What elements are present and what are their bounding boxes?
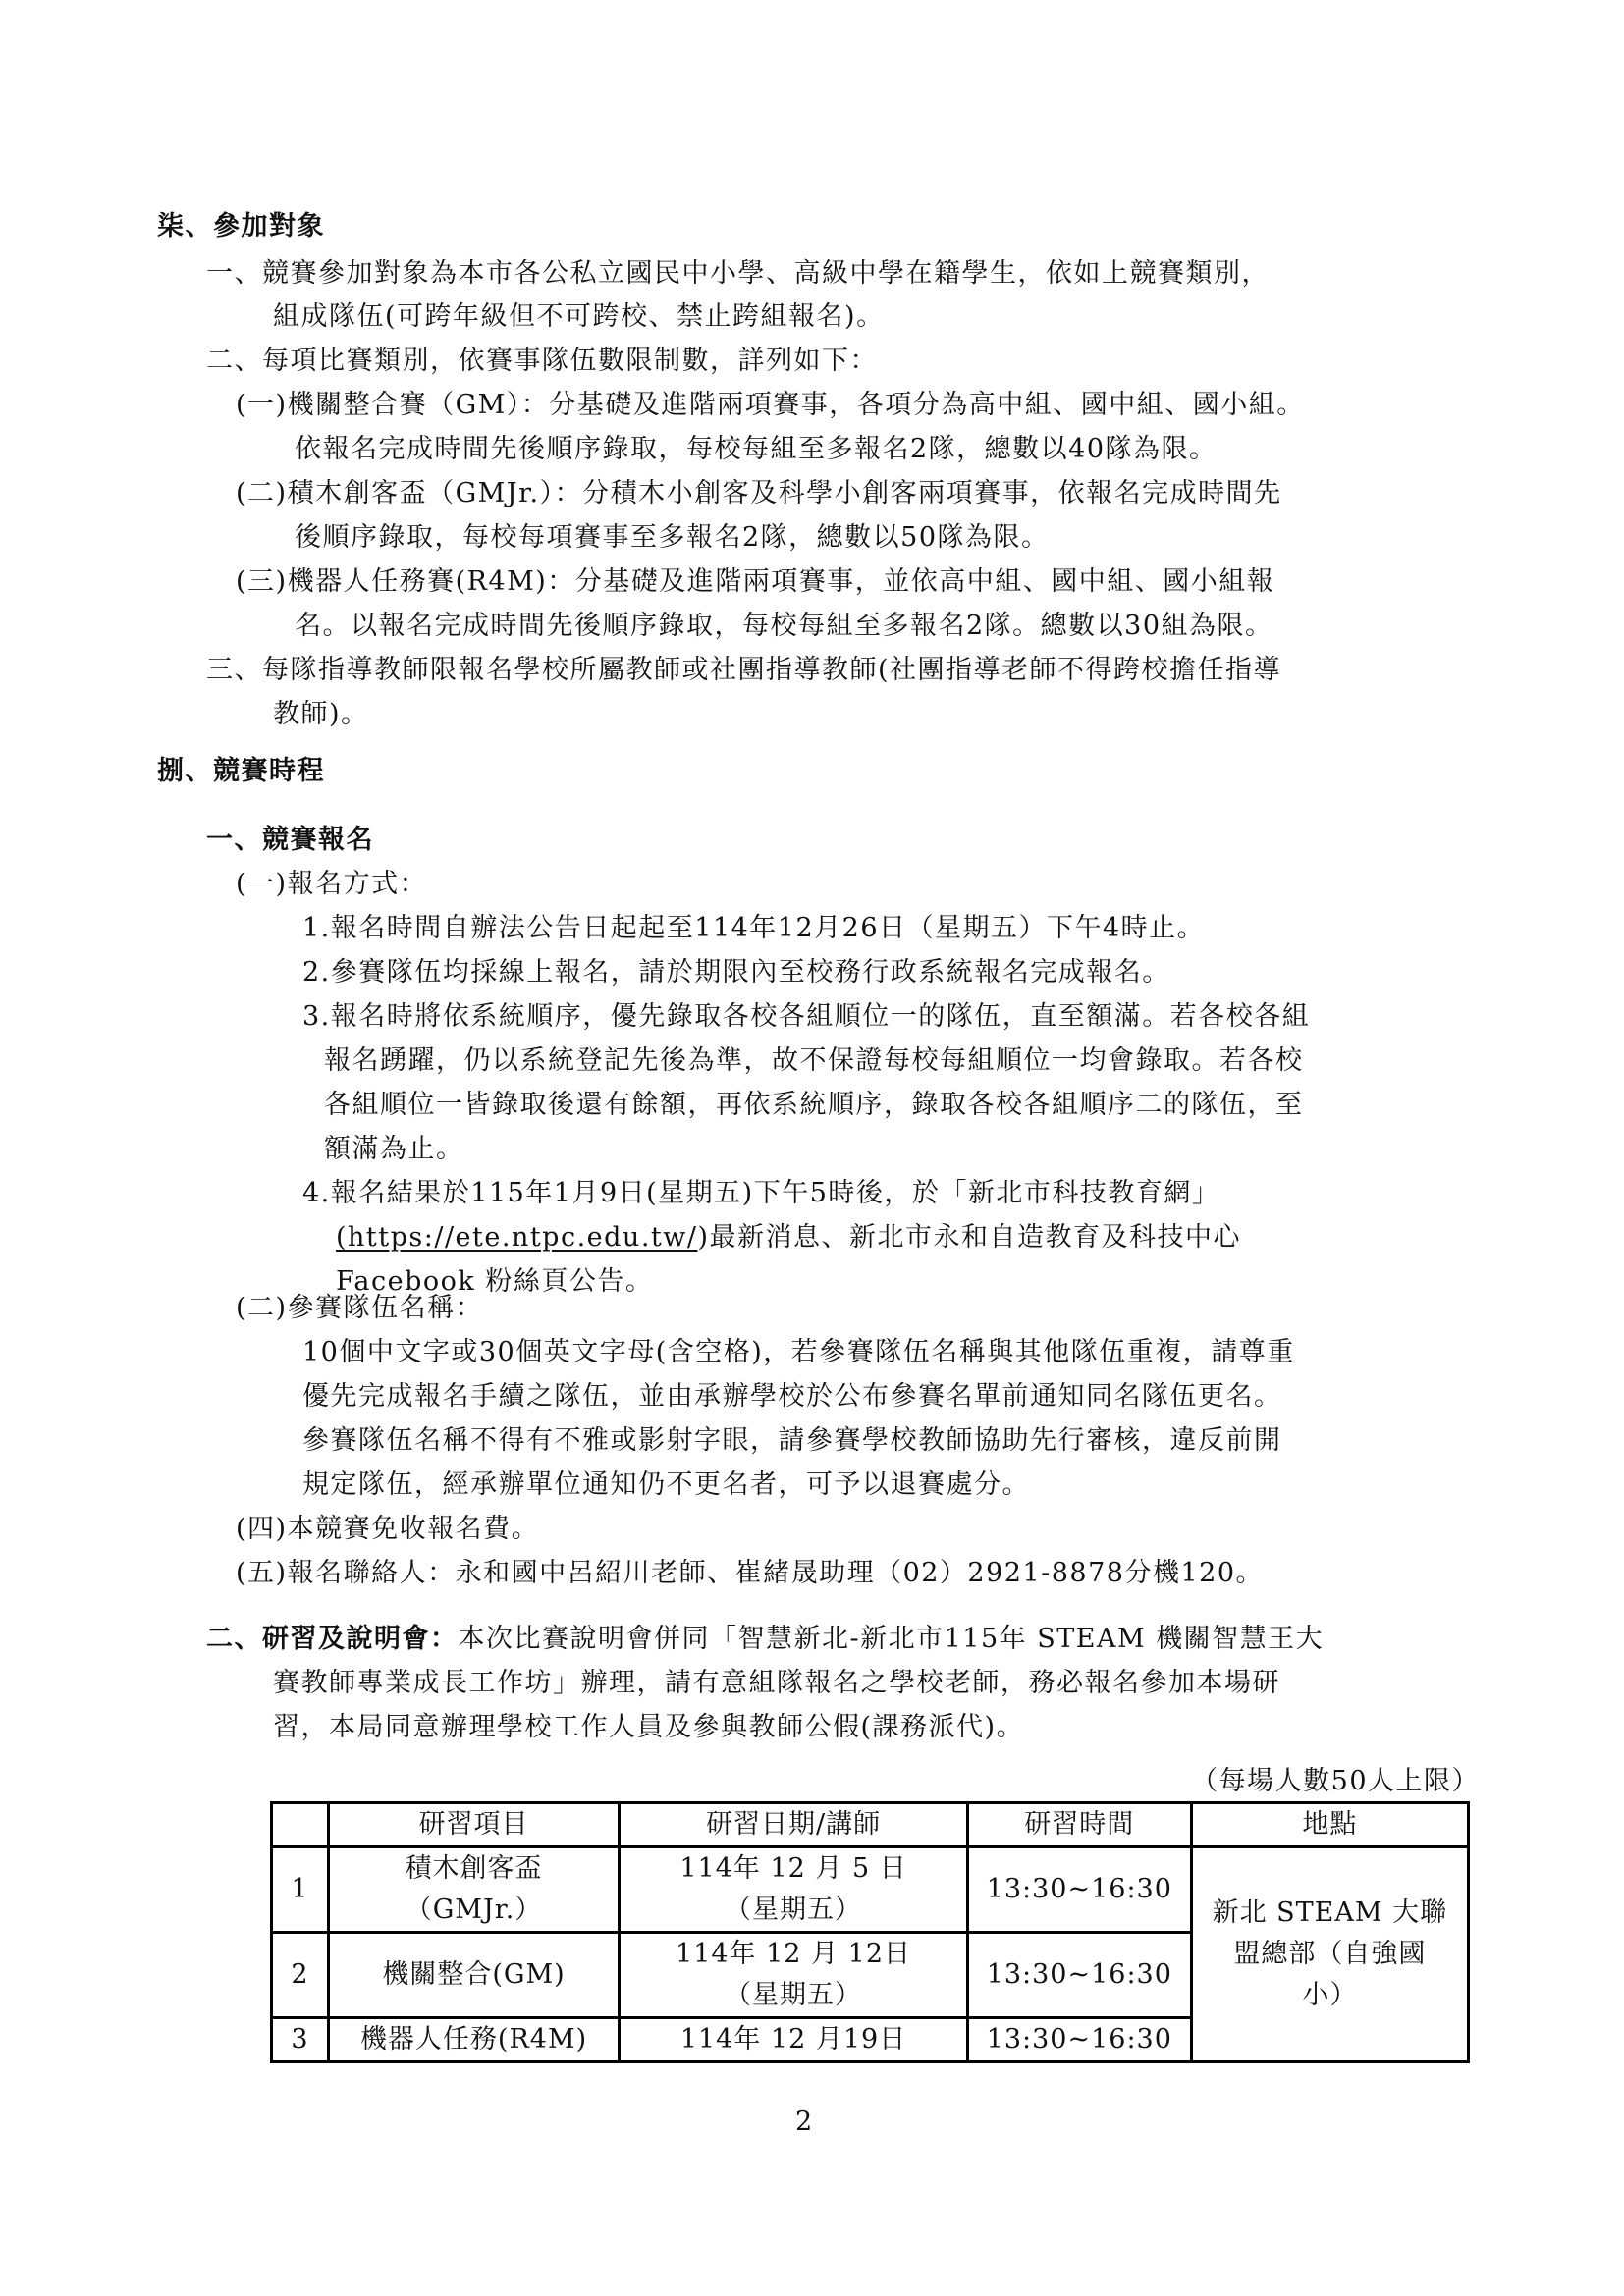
cell-item: 積木創客盃（GMJr.） <box>328 1847 619 1933</box>
cell-line: 積木創客盃 <box>334 1848 614 1890</box>
link-trailing-text: )最新消息、新北市永和自造教育及科技中心 <box>697 1222 1241 1253</box>
paragraph-line: 10個中文字或30個英文字母(含空格)，若參賽隊伍名稱與其他隊伍重複，請尊重 <box>302 1330 1295 1374</box>
table-row: 1 積木創客盃（GMJr.） 114年 12 月 5 日（星期五） 13:30~… <box>272 1847 1469 1933</box>
workshop-schedule-table: 研習項目 研習日期/講師 研習時間 地點 1 積木創客盃（GMJr.） 114年… <box>270 1801 1470 2063</box>
cell-item: 機關整合(GM) <box>328 1933 619 2018</box>
cell-line: 新北 STEAM 大聯 <box>1197 1893 1463 1934</box>
cell-line: （星期五） <box>624 1890 962 1931</box>
paragraph-line: 後順序錄取，每校每項賽事至多報名2隊，總數以50隊為限。 <box>295 515 1050 560</box>
list-item: 1.報名時間自辦法公告日起起至114年12月26日（星期五）下午4時止。 <box>302 906 1205 950</box>
paragraph-line: 賽教師專業成長工作坊」辦理，請有意組隊報名之學校老師，務必報名參加本場研 <box>273 1661 1280 1705</box>
cell-no: 3 <box>272 2018 329 2062</box>
paragraph-line: (一)機關整合賽（GM）：分基礎及進階兩項賽事，各項分為高中組、國中組、國小組。 <box>236 383 1305 427</box>
paragraph-line: 參賽隊伍名稱不得有不雅或影射字眼，請參賽學校教師協助先行審核，違反前開 <box>302 1418 1282 1463</box>
cell-no: 1 <box>272 1847 329 1933</box>
paragraph-line: 教師)。 <box>273 692 369 736</box>
cell-item: 機器人任務(R4M) <box>328 2018 619 2062</box>
cell-time: 13:30~16:30 <box>967 1847 1191 1933</box>
paragraph-line: 二、研習及說明會：本次比賽說明會併同「智慧新北-新北市115年 STEAM 機關… <box>206 1617 1324 1661</box>
subsection-heading-registration: 一、競賽報名 <box>206 818 374 862</box>
header-date: 研習日期/講師 <box>620 1803 968 1847</box>
header-location: 地點 <box>1191 1803 1468 1847</box>
paragraph-line: (三)機器人任務賽(R4M)：分基礎及進階兩項賽事，並依高中組、國中組、國小組報 <box>236 560 1274 604</box>
table-header-row: 研習項目 研習日期/講師 研習時間 地點 <box>272 1803 1469 1847</box>
paragraph-line: 規定隊伍，經承辦單位通知仍不更名者，可予以退賽處分。 <box>302 1463 1030 1507</box>
cell-location: 新北 STEAM 大聯盟總部（自強國小） <box>1191 1847 1468 2062</box>
list-item: 3.報名時將依系統順序，優先錄取各校各組順位一的隊伍，直至額滿。若各校各組 <box>302 994 1310 1039</box>
cell-line: 114年 12 月 5 日 <box>624 1848 962 1890</box>
header-time: 研習時間 <box>967 1803 1191 1847</box>
paragraph-line: (一)報名方式： <box>236 862 427 906</box>
header-no <box>272 1803 329 1847</box>
cell-line: （GMJr.） <box>334 1890 614 1931</box>
page-number: 2 <box>795 2103 812 2142</box>
paragraph-line: 優先完成報名手續之隊伍，並由承辦學校於公布參賽名單前通知同名隊伍更名。 <box>302 1374 1282 1418</box>
cell-no: 2 <box>272 1933 329 2018</box>
list-item-line: 各組順位一皆錄取後還有餘額，再依系統順序，錄取各校各組順序二的隊伍，至 <box>324 1083 1304 1127</box>
list-item: 2.參賽隊伍均採線上報名，請於期限內至校務行政系統報名完成報名。 <box>302 950 1170 994</box>
ete-website-link[interactable]: (https://ete.ntpc.edu.tw/ <box>336 1222 697 1253</box>
paragraph-line: 習，本局同意辦理學校工作人員及參與教師公假(課務派代)。 <box>273 1705 1024 1749</box>
cell-line: 114年 12 月 12日 <box>624 1934 962 1975</box>
paragraph-line: (五)報名聯絡人：永和國中呂紹川老師、崔緒晟助理（02）2921-8878分機1… <box>236 1551 1264 1595</box>
list-item-line: (https://ete.ntpc.edu.tw/)最新消息、新北市永和自造教育… <box>336 1215 1241 1259</box>
paragraph-line: 組成隊伍(可跨年級但不可跨校、禁止跨組報名)。 <box>273 294 885 339</box>
cell-line: 小） <box>1197 1975 1463 2016</box>
cell-time: 13:30~16:30 <box>967 2018 1191 2062</box>
paragraph-line: 名。以報名完成時間先後順序錄取，每校每組至多報名2隊。總數以30組為限。 <box>295 604 1273 648</box>
cell-line: 盟總部（自強國 <box>1197 1934 1463 1975</box>
paragraph-line: 依報名完成時間先後順序錄取，每校每組至多報名2隊，總數以40隊為限。 <box>295 427 1218 471</box>
section-heading-schedule: 捌、競賽時程 <box>157 749 325 793</box>
cell-time: 13:30~16:30 <box>967 1933 1191 2018</box>
subsection-heading-workshop: 二、研習及說明會： <box>206 1624 459 1654</box>
cell-date: 114年 12 月19日 <box>620 2018 968 2062</box>
paragraph-text: 本次比賽說明會併同「智慧新北-新北市115年 STEAM 機關智慧王大 <box>459 1624 1325 1654</box>
section-heading-participants: 柒、參加對象 <box>157 204 325 248</box>
cell-line: （星期五） <box>624 1975 962 2016</box>
paragraph-line: 二、每項比賽類別，依賽事隊伍數限制數，詳列如下： <box>206 339 878 383</box>
paragraph-line: 三、每隊指導教師限報名學校所屬教師或社團指導教師(社團指導老師不得跨校擔任指導 <box>206 648 1281 692</box>
cell-date: 114年 12 月 12日（星期五） <box>620 1933 968 2018</box>
header-item: 研習項目 <box>328 1803 619 1847</box>
list-item: 4.報名結果於115年1月9日(星期五)下午5時後，於「新北市科技教育網」 <box>302 1171 1219 1215</box>
list-item-line: 額滿為止。 <box>324 1127 464 1171</box>
paragraph-line: 一、競賽參加對象為本市各公私立國民中小學、高級中學在籍學生，依如上競賽類別， <box>206 251 1270 295</box>
capacity-note: （每場人數50人上限） <box>1191 1759 1480 1803</box>
paragraph-line: (二)積木創客盃（GMJr.）：分積木小創客及科學小創客兩項賽事，依報名完成時間… <box>236 471 1282 515</box>
cell-date: 114年 12 月 5 日（星期五） <box>620 1847 968 1933</box>
list-item-line: 報名踴躍，仍以系統登記先後為準，故不保證每校每組順位一均會錄取。若各校 <box>324 1039 1304 1083</box>
paragraph-line: (四)本競賽免收報名費。 <box>236 1507 539 1551</box>
paragraph-line: (二)參賽隊伍名稱： <box>236 1286 483 1330</box>
